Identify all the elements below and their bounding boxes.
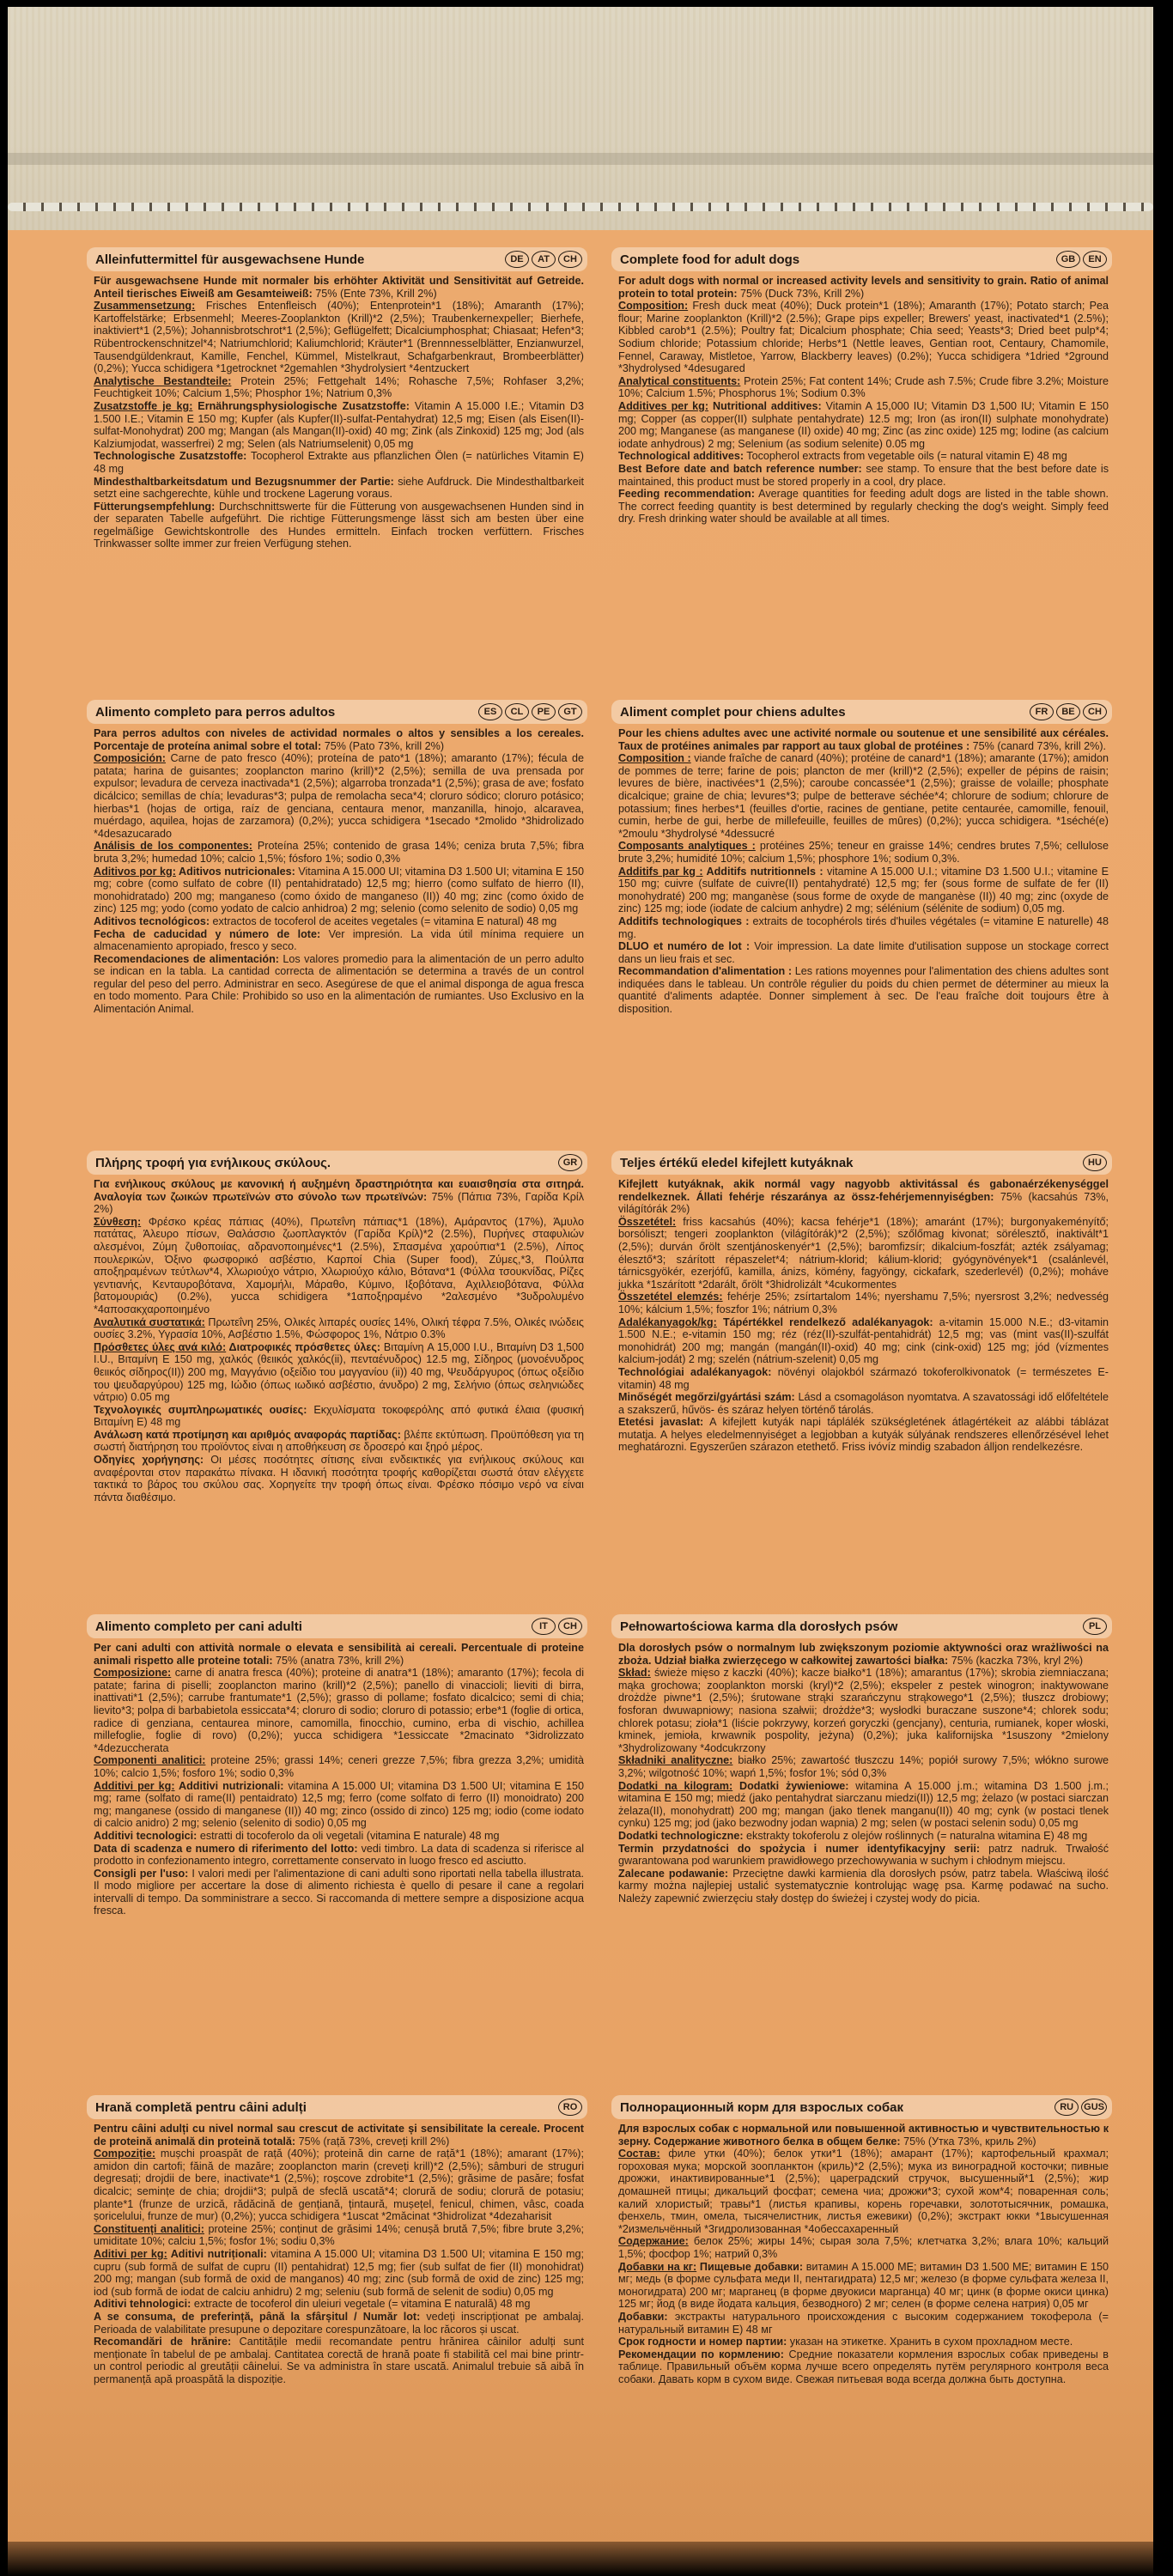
label-section: Recomendaciones de alimentación: Los val… xyxy=(94,953,584,1016)
section-label: Dodatki technologiczne: xyxy=(618,1830,744,1842)
label-section: Etetési javaslat: A kifejlett kutyák nap… xyxy=(618,1416,1109,1454)
country-code-badge: CL xyxy=(505,703,529,720)
section-sublabel: Aditivi nutriționali: xyxy=(167,2248,267,2260)
section-label: Τεχνολογικές συμπληρωματικές ουσίες: xyxy=(94,1404,307,1416)
country-code-badge: HU xyxy=(1083,1154,1107,1171)
panel-header: Hrană completă pentru câini adulțiRO xyxy=(87,2095,587,2119)
section-label: Compoziție: xyxy=(94,2148,155,2160)
country-code-badge: PE xyxy=(532,703,556,720)
panel-body: Für ausgewachsene Hunde mit normaler bis… xyxy=(87,271,587,550)
section-label: Składniki analityczne: xyxy=(618,1754,732,1766)
section-text: белок 25%; жиры 14%; сырая зола 7,5%; кл… xyxy=(618,2235,1109,2260)
label-section: Termin przydatności do spożycia i numer … xyxy=(618,1843,1109,1868)
label-section: Technologische Zusatzstoffe: Tocopherol … xyxy=(94,450,584,475)
section-label: Additivi tecnologici: xyxy=(94,1830,197,1842)
section-label: Πρόσθετες ύλες ανά κιλό: xyxy=(94,1341,226,1353)
section-label: Composizione: xyxy=(94,1667,171,1679)
section-label: Aditivos por kg: xyxy=(94,866,176,878)
label-panel-en: Complete food for adult dogsGBENFor adul… xyxy=(611,247,1112,526)
panel-body: Kifejlett kutyáknak, akik normál vagy na… xyxy=(611,1175,1112,1454)
section-text: ekstrakty tokoferolu z olejów roślinnych… xyxy=(744,1830,1088,1842)
label-section: Análisis de los componentes: Proteína 25… xyxy=(94,840,584,865)
panel-header: Alimento completo per cani adultiITCH xyxy=(87,1614,587,1638)
panel-title: Aliment complet pour chiens adultes xyxy=(620,705,846,720)
label-section: Technological additives: Tocopherol extr… xyxy=(618,450,1109,463)
label-section: Dodatki na kilogram: Dodatki żywieniowe:… xyxy=(618,1780,1109,1830)
label-section: Τεχνολογικές συμπληρωματικές ουσίες: Εκχ… xyxy=(94,1404,584,1429)
intro-value: 75% (rață 73%, creveți krill 2%) xyxy=(295,2136,449,2148)
label-section: Mindesthaltbarkeitsdatum und Bezugsnumme… xyxy=(94,476,584,501)
section-sublabel: Dodatki żywieniowe: xyxy=(732,1780,848,1792)
panel-title: Alimento completo para perros adultos xyxy=(95,705,335,720)
label-section: Рекомендации по кормлению: Средние показ… xyxy=(618,2348,1109,2386)
label-section: Zusatzstoffe je kg: Ernährungsphysiologi… xyxy=(94,400,584,450)
section-text: Carne de pato fresco (40%); proteína de … xyxy=(94,752,584,840)
country-badges: GR xyxy=(558,1154,582,1171)
intro-paragraph: Для взрослых собак с нормальной или повы… xyxy=(618,2123,1109,2148)
panel-title: Pełnowartościowa karma dla dorosłych psó… xyxy=(620,1619,897,1634)
section-label: Consigli per l'uso: xyxy=(94,1868,188,1880)
intro-paragraph: For adult dogs with normal or increased … xyxy=(618,275,1109,300)
section-text: estratti di tocoferolo da oli vegetali (… xyxy=(197,1830,499,1842)
panel-body: Per cani adulti con attività normale o e… xyxy=(87,1638,587,1917)
section-text: Fresh duck meat (40%); Duck protein*1 (1… xyxy=(618,300,1109,374)
country-code-badge: CH xyxy=(1083,703,1107,720)
bag-stitch-seam xyxy=(8,203,1153,211)
label-section: Aditivos por kg: Aditivos nutricionales:… xyxy=(94,866,584,915)
label-section: Best Before date and batch reference num… xyxy=(618,463,1109,488)
intro-value: 75% (canard 73%, krill 2%). xyxy=(969,740,1106,752)
label-section: Composizione: carne di anatra fresca (40… xyxy=(94,1667,584,1754)
country-code-badge: AT xyxy=(532,251,556,268)
panel-title: Teljes értékű eledel kifejlett kutyáknak xyxy=(620,1156,854,1170)
panel-header: Alimento completo para perros adultosESC… xyxy=(87,700,587,724)
section-text: указан на этикетке. Хранить в сухом прох… xyxy=(787,2336,1073,2348)
country-badges: GBEN xyxy=(1056,251,1107,268)
section-label: Содержание: xyxy=(618,2235,689,2247)
country-badges: ESCLPEGT xyxy=(478,703,582,720)
panel-body: For adult dogs with normal or increased … xyxy=(611,271,1112,526)
intro-paragraph: Per cani adulti con attività normale o e… xyxy=(94,1642,584,1667)
label-section: Содержание: белок 25%; жиры 14%; сырая з… xyxy=(618,2235,1109,2260)
label-section: Aditivi per kg: Aditivi nutriționali: vi… xyxy=(94,2248,584,2298)
label-section: Összetétel elemzés: fehérje 25%; zsírtar… xyxy=(618,1291,1109,1315)
section-label: Recomandări de hrănire: xyxy=(94,2336,231,2348)
label-section: Analytical constituents: Protein 25%; Fa… xyxy=(618,375,1109,400)
section-label: Σύνθεση: xyxy=(94,1216,141,1228)
section-label: Összetétel: xyxy=(618,1216,676,1228)
label-section: Οδηγίες χορήγησης: Οι μέσες ποσότητες σί… xyxy=(94,1454,584,1504)
section-text: extractos de tocoferol de aceites vegeta… xyxy=(210,915,556,927)
label-section: Composants analytiques : protéines 25%; … xyxy=(618,840,1109,865)
section-label: Composition : xyxy=(618,752,691,764)
section-label: Добавки: xyxy=(618,2311,668,2323)
section-label: Zalecane podawanie: xyxy=(618,1868,728,1880)
section-text: friss kacsahús (40%); kacsa fehérje*1 (1… xyxy=(618,1216,1109,1291)
country-code-badge: GB xyxy=(1056,251,1080,268)
panel-body: Pour les chiens adultes avec une activit… xyxy=(611,724,1112,1016)
country-badges: HU xyxy=(1083,1154,1107,1171)
section-label: Best Before date and batch reference num… xyxy=(618,463,862,475)
section-text: Φρέσκο κρέας πάπιας (40%), Πρωτεΐνη πάπι… xyxy=(94,1216,584,1315)
section-label: Technologische Zusatzstoffe: xyxy=(94,450,246,462)
country-badges: PL xyxy=(1083,1618,1107,1635)
panel-header: Complete food for adult dogsGBEN xyxy=(611,247,1112,271)
bag-bottom-shadow xyxy=(8,2542,1153,2576)
section-text: viande fraîche de canard (40%); protéine… xyxy=(618,752,1109,840)
panel-body: Para perros adultos con niveles de activ… xyxy=(87,724,587,1016)
section-label: Additives per kg: xyxy=(618,400,708,412)
section-label: Добавки на кг: xyxy=(618,2261,696,2273)
section-text: экстракты натурального происхождения с в… xyxy=(618,2311,1109,2336)
section-label: Οδηγίες χορήγησης: xyxy=(94,1454,204,1466)
label-panel-es: Alimento completo para perros adultosESC… xyxy=(87,700,587,1016)
bag-fold-line xyxy=(8,153,1153,165)
country-code-badge: GUS xyxy=(1081,2099,1107,2116)
intro-value: 75% (kaczka 73%, kryl 2%) xyxy=(948,1655,1083,1667)
panel-title: Πλήρης τροφή για ενήλικους σκύλους. xyxy=(95,1156,331,1170)
section-label: Zusatzstoffe je kg: xyxy=(94,400,192,412)
section-label: Ανάλωση κατά προτίμηση και αριθμός αναφο… xyxy=(94,1429,401,1441)
section-label: Aditivi per kg: xyxy=(94,2248,167,2260)
label-panel-gr: Πλήρης τροφή για ενήλικους σκύλους.GRΓια… xyxy=(87,1151,587,1504)
panel-body: Για ενήλικους σκύλους με κανονική ή αυξη… xyxy=(87,1175,587,1504)
label-section: Σύνθεση: Φρέσκο κρέας πάπιας (40%), Πρωτ… xyxy=(94,1216,584,1316)
country-code-badge: CH xyxy=(558,251,582,268)
section-label: Feeding recommendation: xyxy=(618,488,755,500)
label-section: Состав: филе утки (40%); белок утки*1 (1… xyxy=(618,2148,1109,2235)
panel-body: Pentru câini adulți cu nivel normal sau … xyxy=(87,2119,587,2385)
intro-value: 75% (Ente 73%, Krill 2%) xyxy=(313,288,437,300)
label-section: Αναλυτικά συστατικά: Πρωτεΐνη 25%, Ολικέ… xyxy=(94,1316,584,1341)
intro-value: 75% (anatra 73%, krill 2%) xyxy=(273,1655,404,1667)
section-label: Composition: xyxy=(618,300,688,312)
label-section: Minőségét megőrzi/gyártási szám: Lásd a … xyxy=(618,1391,1109,1416)
panel-body: Для взрослых собак с нормальной или повы… xyxy=(611,2119,1112,2385)
section-label: Dodatki na kilogram: xyxy=(618,1780,732,1792)
label-section: Срок годности и номер партии: указан на … xyxy=(618,2336,1109,2348)
label-section: Добавки: экстракты натурального происхож… xyxy=(618,2311,1109,2336)
section-label: Срок годности и номер партии: xyxy=(618,2336,787,2348)
section-sublabel: Additivi nutrizionali: xyxy=(175,1780,284,1792)
label-section: Fütterungsempfehlung: Durchschnittswerte… xyxy=(94,501,584,550)
label-section: Composition: Fresh duck meat (40%); Duck… xyxy=(618,300,1109,375)
country-code-badge: ES xyxy=(478,703,502,720)
label-panel-hu: Teljes értékű eledel kifejlett kutyáknak… xyxy=(611,1151,1112,1454)
section-label: Состав: xyxy=(618,2148,660,2160)
intro-value: 75% (Pato 73%, krill 2%) xyxy=(321,740,444,752)
panel-title: Hrană completă pentru câini adulți xyxy=(95,2100,307,2115)
panel-header: Alleinfuttermittel für ausgewachsene Hun… xyxy=(87,247,587,271)
panel-header: Πλήρης τροφή για ενήλικους σκύλους.GR xyxy=(87,1151,587,1175)
country-code-badge: IT xyxy=(532,1618,556,1635)
label-section: Composición: Carne de pato fresco (40%);… xyxy=(94,752,584,840)
label-section: Additives per kg: Nutritional additives:… xyxy=(618,400,1109,450)
section-label: Zusammensetzung: xyxy=(94,300,195,312)
section-label: Skład: xyxy=(618,1667,651,1679)
section-sublabel: Nutritional additives: xyxy=(708,400,822,412)
intro-paragraph: Dla dorosłych psów o normalnym lub zwięk… xyxy=(618,1642,1109,1667)
label-section: Ανάλωση κατά προτίμηση και αριθμός αναφο… xyxy=(94,1429,584,1454)
section-label: Additifs par kg : xyxy=(618,866,703,878)
section-label: Analytical constituents: xyxy=(618,375,740,387)
label-section: Additifs technologiques : extraits de to… xyxy=(618,915,1109,940)
section-label: Análisis de los componentes: xyxy=(94,840,252,852)
label-section: Componenti analitici: proteine 25%; gras… xyxy=(94,1754,584,1779)
section-sublabel: Διατροφικές πρόσθετες ύλες: xyxy=(226,1341,380,1353)
intro-paragraph: Für ausgewachsene Hunde mit normaler bis… xyxy=(94,275,584,300)
section-label: Composición: xyxy=(94,752,166,764)
section-label: Componenti analitici: xyxy=(94,1754,205,1766)
section-label: Analytische Bestandteile: xyxy=(94,375,231,387)
label-section: Zusammensetzung: Frisches Entenfleisch (… xyxy=(94,300,584,375)
country-code-badge: RU xyxy=(1054,2099,1079,2116)
panel-title: Complete food for adult dogs xyxy=(620,252,799,267)
section-label: Mindesthaltbarkeitsdatum und Bezugsnumme… xyxy=(94,476,394,488)
section-sublabel: Additifs nutritionnels : xyxy=(703,866,824,878)
intro-paragraph: Pentru câini adulți cu nivel normal sau … xyxy=(94,2123,584,2148)
panel-title: Полнорационный корм для взрослых собак xyxy=(620,2100,903,2115)
label-section: Compoziție: mușchi proaspăt de rață (40%… xyxy=(94,2148,584,2223)
panel-header: Teljes értékű eledel kifejlett kutyáknak… xyxy=(611,1151,1112,1175)
label-section: Добавки на кг: Пищевые добавки: витамин … xyxy=(618,2261,1109,2311)
label-section: Składniki analityczne: białko 25%; zawar… xyxy=(618,1754,1109,1779)
section-label: Recomendaciones de alimentación: xyxy=(94,953,279,965)
country-code-badge: DE xyxy=(505,251,529,268)
intro-value: 75% (Duck 73%, Krill 2%) xyxy=(738,288,865,300)
country-code-badge: RO xyxy=(558,2099,582,2116)
section-label: Αναλυτικά συστατικά: xyxy=(94,1316,205,1328)
section-sublabel: Aditivos nutricionales: xyxy=(176,866,295,878)
label-section: Data di scadenza e numero di riferimento… xyxy=(94,1843,584,1868)
panel-body: Dla dorosłych psów o normalnym lub zwięk… xyxy=(611,1638,1112,1905)
section-label: Aditivos tecnológicos: xyxy=(94,915,210,927)
country-code-badge: GT xyxy=(558,703,582,720)
section-text: extracte de tocoferol din uleiuri vegeta… xyxy=(191,2298,530,2310)
label-panel-pl: Pełnowartościowa karma dla dorosłych psó… xyxy=(611,1614,1112,1905)
section-label: Technológiai adalékanyagok: xyxy=(618,1366,771,1378)
section-label: Aditivi tehnologici: xyxy=(94,2298,191,2310)
country-code-badge: CH xyxy=(558,1618,582,1635)
label-section: Összetétel: friss kacsahús (40%); kacsa … xyxy=(618,1216,1109,1291)
panel-title: Alimento completo per cani adulti xyxy=(95,1619,302,1634)
label-section: Zalecane podawanie: Przeciętne dawki kar… xyxy=(618,1868,1109,1905)
section-sublabel: Ernährungsphysiologische Zusatzstoffe: xyxy=(192,400,410,412)
intro-value: 75% (Утка 73%, криль 2%) xyxy=(901,2136,1036,2148)
panel-header: Aliment complet pour chiens adultesFRBEC… xyxy=(611,700,1112,724)
section-label: Рекомендации по кормлению: xyxy=(618,2348,784,2360)
section-label: Additifs technologiques : xyxy=(618,915,749,927)
label-section: Fecha de caducidad y número de lote: Ver… xyxy=(94,928,584,953)
country-code-badge: PL xyxy=(1083,1618,1107,1635)
country-badges: RUGUS xyxy=(1054,2099,1107,2116)
panel-header: Pełnowartościowa karma dla dorosłych psó… xyxy=(611,1614,1112,1638)
intro-paragraph: Για ενήλικους σκύλους με κανονική ή αυξη… xyxy=(94,1178,584,1216)
label-section: Recommandation d'alimentation : Les rati… xyxy=(618,965,1109,1015)
label-panel-ro: Hrană completă pentru câini adulțiROPent… xyxy=(87,2095,587,2385)
section-label: Constituenți analitici: xyxy=(94,2223,204,2235)
section-label: Fütterungsempfehlung: xyxy=(94,501,215,513)
label-section: Analytische Bestandteile: Protein 25%; F… xyxy=(94,375,584,400)
label-section: A se consuma, de preferință, până la sfâ… xyxy=(94,2311,584,2336)
label-panel-de: Alleinfuttermittel für ausgewachsene Hun… xyxy=(87,247,587,550)
section-label: Technological additives: xyxy=(618,450,744,462)
label-section: Adalékanyagok/kg: Tápértékkel rendelkező… xyxy=(618,1316,1109,1366)
country-code-badge: FR xyxy=(1030,703,1054,720)
label-section: Aditivos tecnológicos: extractos de toco… xyxy=(94,915,584,928)
section-label: Composants analytiques : xyxy=(618,840,756,852)
section-label: Fecha de caducidad y número de lote: xyxy=(94,928,320,940)
country-code-badge: GR xyxy=(558,1154,582,1171)
label-section: Aditivi tehnologici: extracte de tocofer… xyxy=(94,2298,584,2311)
section-text: carne di anatra fresca (40%); proteine d… xyxy=(94,1667,584,1754)
section-label: Minőségét megőrzi/gyártási szám: xyxy=(618,1391,795,1403)
label-section: Skład: świeże mięso z kaczki (40%); kacz… xyxy=(618,1667,1109,1754)
intro-paragraph: Kifejlett kutyáknak, akik normál vagy na… xyxy=(618,1178,1109,1216)
country-badges: FRBECH xyxy=(1030,703,1107,720)
label-panel-fr: Aliment complet pour chiens adultesFRBEC… xyxy=(611,700,1112,1016)
label-section: Πρόσθετες ύλες ανά κιλό: Διατροφικές πρό… xyxy=(94,1341,584,1404)
section-label: Összetétel elemzés: xyxy=(618,1291,723,1303)
kraft-paper-top xyxy=(8,7,1153,232)
label-section: Constituenți analitici: proteine 25%; co… xyxy=(94,2223,584,2248)
panel-title: Alleinfuttermittel für ausgewachsene Hun… xyxy=(95,252,364,267)
country-code-badge: EN xyxy=(1083,251,1107,268)
label-section: Composition : viande fraîche de canard (… xyxy=(618,752,1109,840)
label-section: Additivi tecnologici: estratti di tocofe… xyxy=(94,1830,584,1843)
country-badges: DEATCH xyxy=(505,251,582,268)
intro-paragraph: Para perros adultos con niveles de activ… xyxy=(94,727,584,752)
label-section: Recomandări de hrănire: Cantitățile medi… xyxy=(94,2336,584,2385)
section-text: Tocopherol extracts from vegetable oils … xyxy=(744,450,1067,462)
label-section: Additivi per kg: Additivi nutrizionali: … xyxy=(94,1780,584,1830)
panel-header: Полнорационный корм для взрослых собакRU… xyxy=(611,2095,1112,2119)
section-label: Termin przydatności do spożycia i numer … xyxy=(618,1843,980,1855)
country-code-badge: BE xyxy=(1056,703,1080,720)
section-label: Adalékanyagok/kg: xyxy=(618,1316,717,1328)
section-label: DLUO et numéro de lot : xyxy=(618,940,750,952)
section-text: филе утки (40%); белок утки*1 (18%); ама… xyxy=(618,2148,1109,2235)
section-sublabel: Tápértékkel rendelkező adalékanyagok: xyxy=(717,1316,933,1328)
intro-paragraph: Pour les chiens adultes avec une activit… xyxy=(618,727,1109,752)
section-label: Data di scadenza e numero di riferimento… xyxy=(94,1843,358,1855)
section-label: Etetési javaslat: xyxy=(618,1416,703,1428)
section-sublabel: Пищевые добавки: xyxy=(696,2261,803,2273)
label-panel-ru: Полнорационный корм для взрослых собакRU… xyxy=(611,2095,1112,2385)
label-section: Technológiai adalékanyagok: növényi olaj… xyxy=(618,1366,1109,1391)
section-text: świeże mięso z kaczki (40%); kacze białk… xyxy=(618,1667,1109,1754)
section-label: Recommandation d'alimentation : xyxy=(618,965,792,977)
label-section: Dodatki technologiczne: ekstrakty tokofe… xyxy=(618,1830,1109,1843)
section-label: A se consuma, de preferință, până la sfâ… xyxy=(94,2311,420,2323)
label-section: Additifs par kg : Additifs nutritionnels… xyxy=(618,866,1109,915)
label-section: DLUO et numéro de lot : Voir impression.… xyxy=(618,940,1109,965)
country-badges: ITCH xyxy=(532,1618,582,1635)
section-text: mușchi proaspăt de rață (40%); proteină … xyxy=(94,2148,584,2222)
country-badges: RO xyxy=(558,2099,582,2116)
section-label: Additivi per kg: xyxy=(94,1780,175,1792)
label-section: Feeding recommendation: Average quantiti… xyxy=(618,488,1109,526)
label-section: Consigli per l'uso: I valori medi per l'… xyxy=(94,1868,584,1917)
label-panel-it: Alimento completo per cani adultiITCHPer… xyxy=(87,1614,587,1917)
